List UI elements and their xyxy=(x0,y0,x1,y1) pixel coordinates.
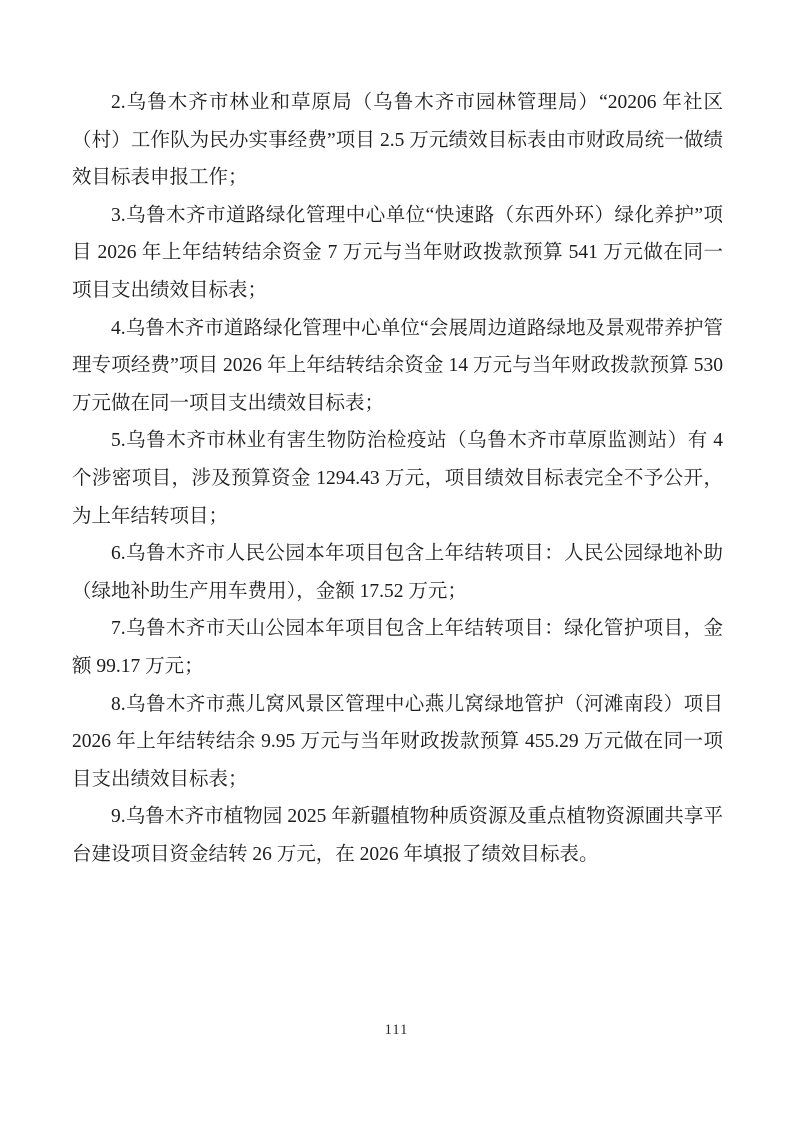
paragraph-item-9: 9.乌鲁木齐市植物园 2025 年新疆植物种质资源及重点植物资源圃共享平台建设项… xyxy=(72,798,723,873)
document-body: 2.乌鲁木齐市林业和草原局（乌鲁木齐市园林管理局）“20206 年社区（村）工作… xyxy=(72,84,723,873)
page-number: 111 xyxy=(0,1022,793,1039)
paragraph-item-6: 6.乌鲁木齐市人民公园本年项目包含上年结转项目：人民公园绿地补助（绿地补助生产用… xyxy=(72,535,723,610)
paragraph-item-8: 8.乌鲁木齐市燕儿窝风景区管理中心燕儿窝绿地管护（河滩南段）项目 2026 年上… xyxy=(72,686,723,799)
paragraph-item-3: 3.乌鲁木齐市道路绿化管理中心单位“快速路（东西外环）绿化养护”项目 2026 … xyxy=(72,197,723,310)
paragraph-item-7: 7.乌鲁木齐市天山公园本年项目包含上年结转项目：绿化管护项目，金额 99.17 … xyxy=(72,610,723,685)
paragraph-item-5: 5.乌鲁木齐市林业有害生物防治检疫站（乌鲁木齐市草原监测站）有 4 个涉密项目，… xyxy=(72,422,723,535)
document-page: 2.乌鲁木齐市林业和草原局（乌鲁木齐市园林管理局）“20206 年社区（村）工作… xyxy=(0,0,793,1122)
paragraph-item-4: 4.乌鲁木齐市道路绿化管理中心单位“会展周边道路绿地及景观带养护管理专项经费”项… xyxy=(72,310,723,423)
paragraph-item-2: 2.乌鲁木齐市林业和草原局（乌鲁木齐市园林管理局）“20206 年社区（村）工作… xyxy=(72,84,723,197)
